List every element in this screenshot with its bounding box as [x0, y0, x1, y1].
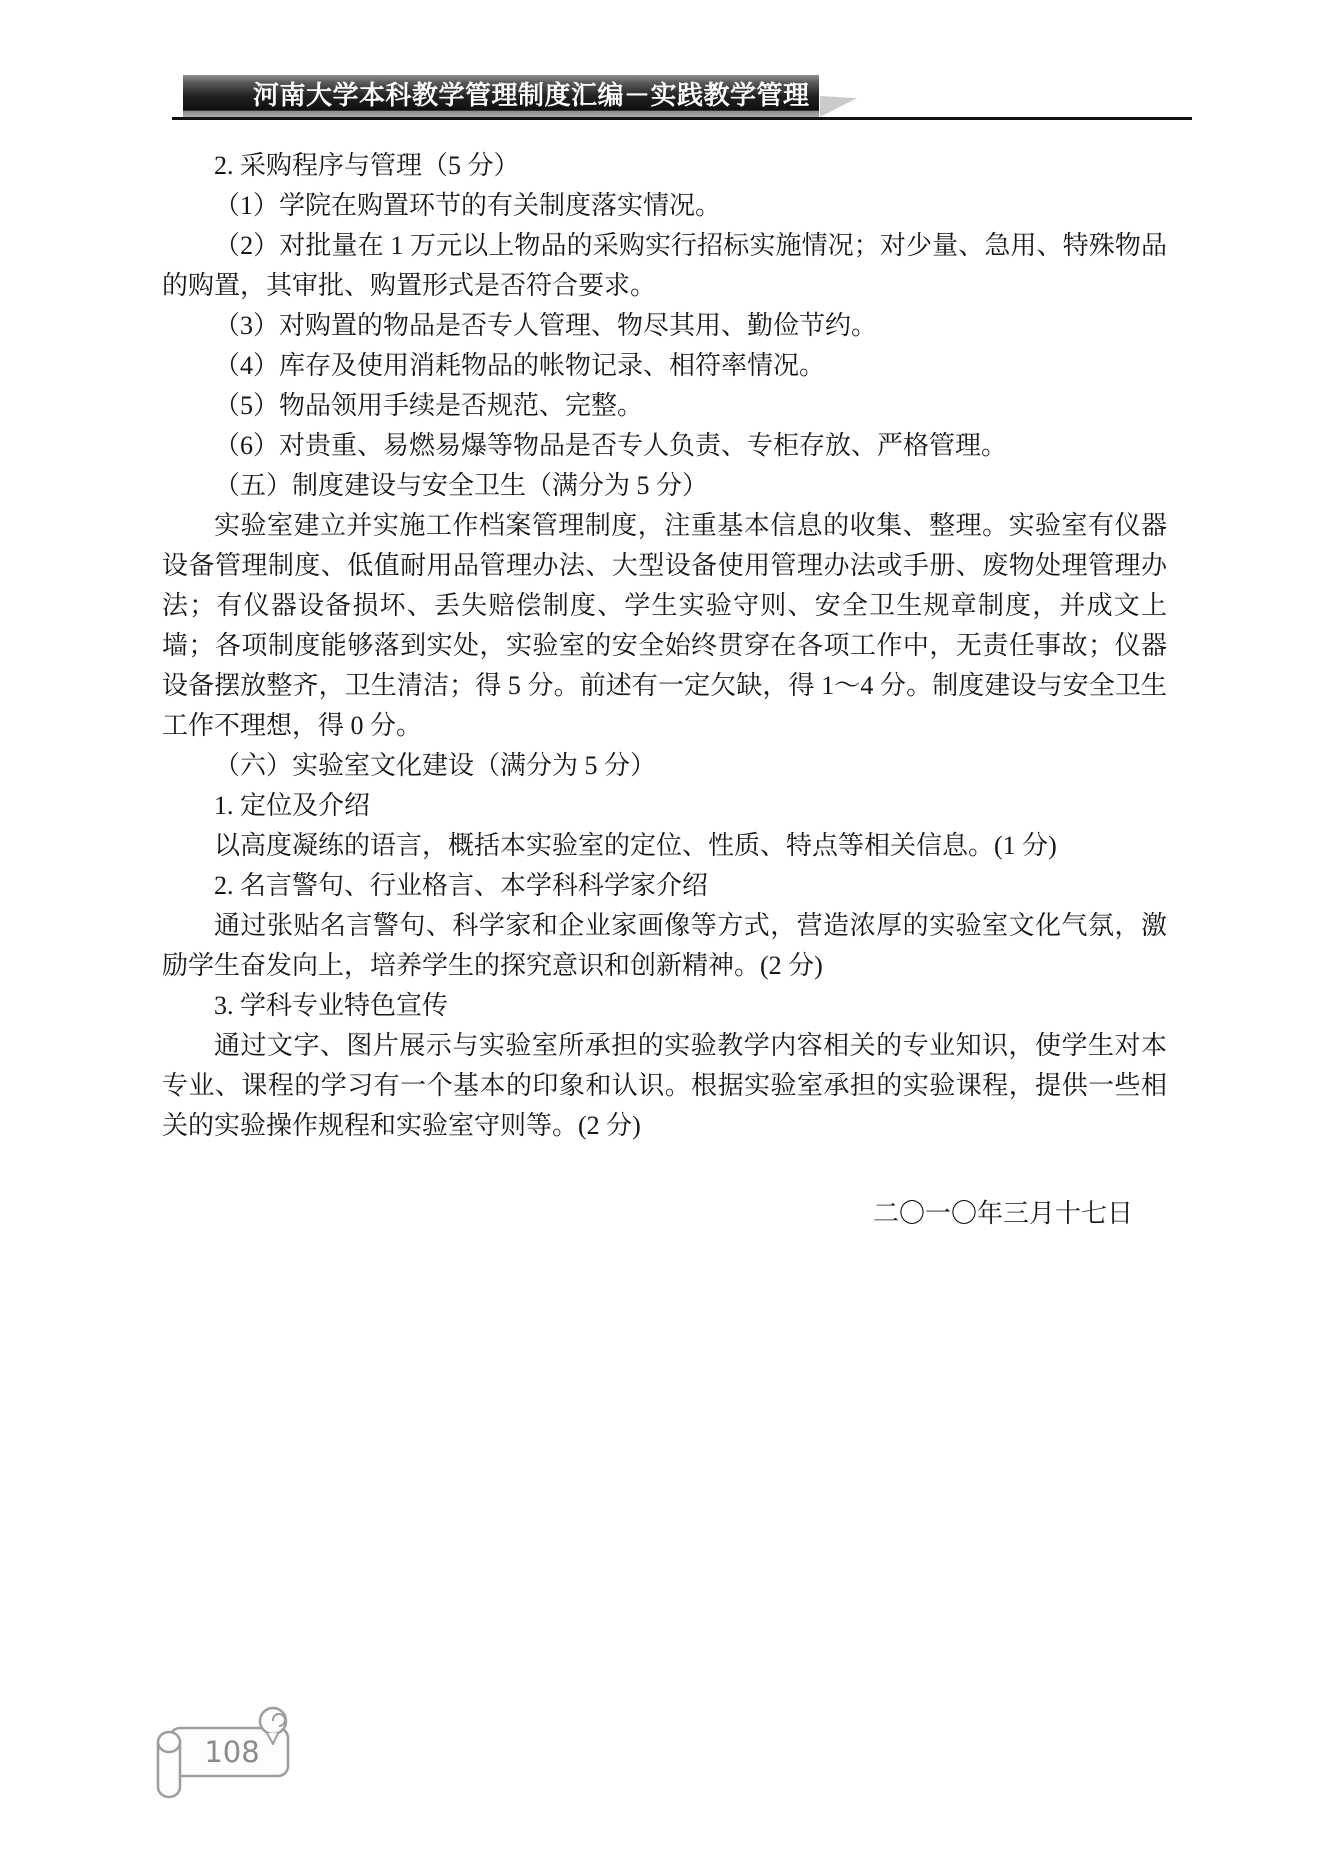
- paragraph: 1. 定位及介绍: [162, 786, 1167, 826]
- paragraph: 实验室建立并实施工作档案管理制度，注重基本信息的收集、整理。实验室有仪器设备管理…: [162, 506, 1167, 746]
- scroll-left-roll-top: [158, 1732, 180, 1752]
- paragraph: （1）学院在购置环节的有关制度落实情况。: [162, 186, 1167, 226]
- paragraph: （5）物品领用手续是否规范、完整。: [162, 386, 1167, 426]
- header-banner-title: 河南大学本科教学管理制度汇编－实践教学管理: [253, 81, 810, 110]
- date-line: 二〇一〇年三月十七日: [162, 1194, 1167, 1234]
- paragraph: （6）对贵重、易燃易爆等物品是否专人负责、专柜存放、严格管理。: [162, 426, 1167, 466]
- paragraph: （4）库存及使用消耗物品的帐物记录、相符率情况。: [162, 346, 1167, 386]
- paragraph: 3. 学科专业特色宣传: [162, 986, 1167, 1026]
- header-divider: [172, 117, 1192, 120]
- scroll-icon: 108: [128, 1692, 338, 1832]
- paragraph: 2. 名言警句、行业格言、本学科科学家介绍: [162, 866, 1167, 906]
- paragraph: （2）对批量在 1 万元以上物品的采购实行招标实施情况；对少量、急用、特殊物品的…: [162, 226, 1167, 306]
- document-page: 河南大学本科教学管理制度汇编－实践教学管理 2. 采购程序与管理（5 分） （1…: [0, 0, 1323, 1871]
- paragraph: 通过张贴名言警句、科学家和企业家画像等方式，营造浓厚的实验室文化气氛，激励学生奋…: [162, 906, 1167, 986]
- paragraph: 2. 采购程序与管理（5 分）: [162, 146, 1167, 186]
- header-banner: 河南大学本科教学管理制度汇编－实践教学管理: [183, 75, 819, 117]
- page-number: 108: [204, 1735, 259, 1769]
- paragraph: 通过文字、图片展示与实验室所承担的实验教学内容相关的专业知识，使学生对本专业、课…: [162, 1026, 1167, 1146]
- paragraph: 以高度凝练的语言，概括本实验室的定位、性质、特点等相关信息。(1 分): [162, 826, 1167, 866]
- paragraph: （六）实验室文化建设（满分为 5 分）: [162, 746, 1167, 786]
- banner-arrow-icon: [820, 96, 857, 117]
- page-number-scroll: 108: [128, 1692, 338, 1832]
- document-body: 2. 采购程序与管理（5 分） （1）学院在购置环节的有关制度落实情况。 （2）…: [162, 146, 1167, 1234]
- paragraph: （五）制度建设与安全卫生（满分为 5 分）: [162, 466, 1167, 506]
- paragraph: （3）对购置的物品是否专人管理、物尽其用、勤俭节约。: [162, 306, 1167, 346]
